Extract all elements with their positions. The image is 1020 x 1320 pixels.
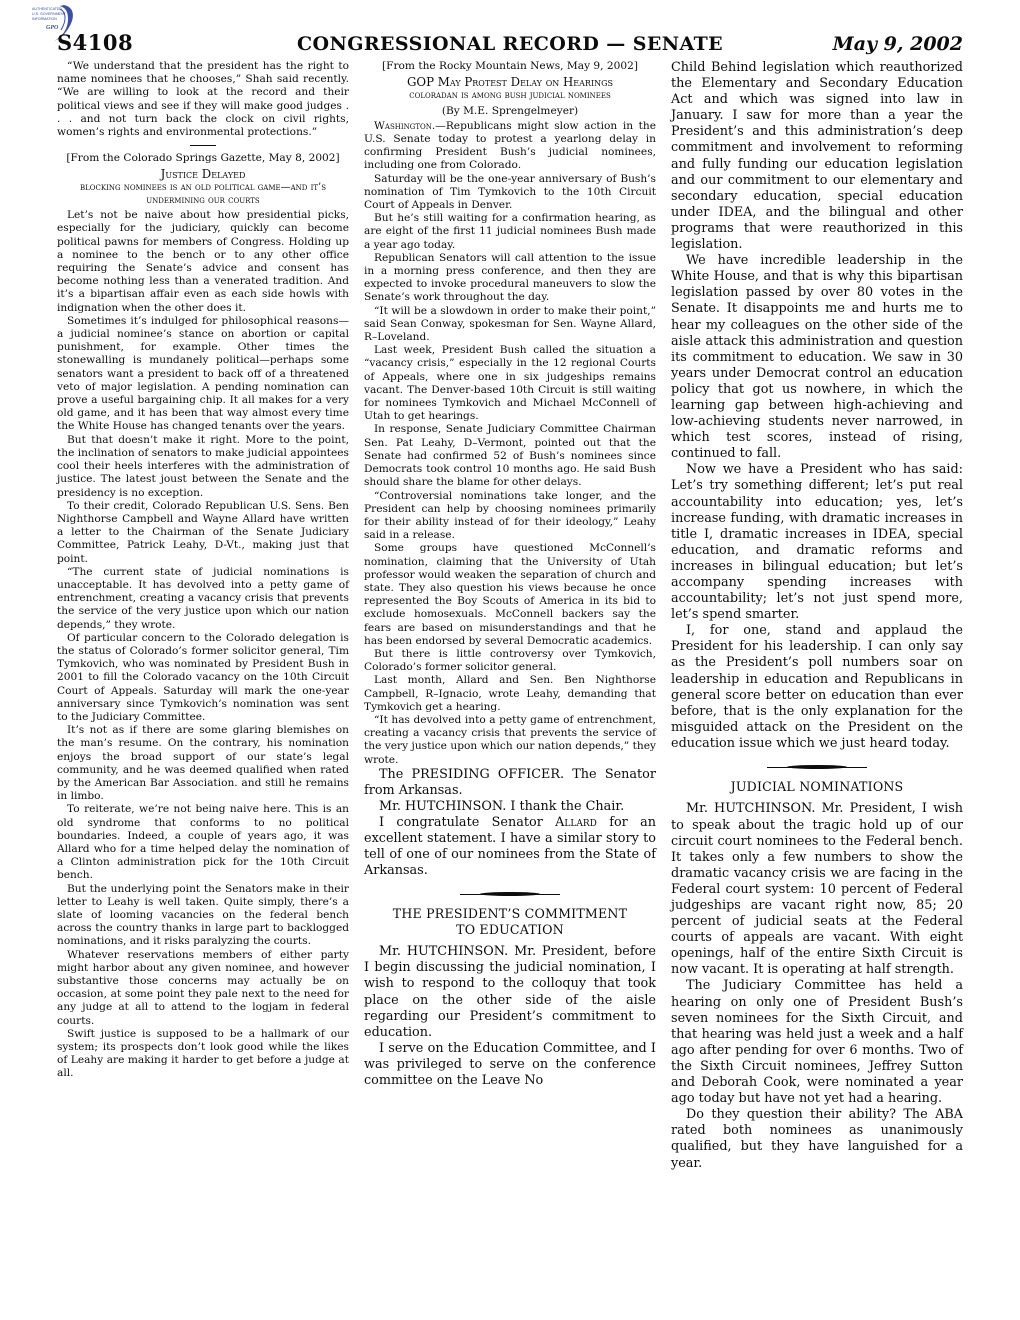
- paragraph-rule: [190, 145, 216, 146]
- svg-text:AUTHENTICATED: AUTHENTICATED: [32, 7, 62, 11]
- source-line: [From the Colorado Springs Gazette, May …: [57, 152, 349, 165]
- svg-text:INFORMATION: INFORMATION: [32, 17, 57, 21]
- column-1: “We understand that the president has th…: [57, 60, 349, 1320]
- article-subheading: coloradan is among bush judicial nominee…: [378, 90, 642, 102]
- article-paragraph: “It has devolved into a petty game of en…: [364, 714, 656, 767]
- speech-paragraph: Child Behind legislation which reauthori…: [671, 60, 963, 253]
- article-paragraph: To reiterate, we’re not being naive here…: [57, 803, 349, 882]
- article-paragraph: “It will be a slowdown in order to make …: [364, 305, 656, 345]
- speech-paragraph: I, for one, stand and applaud the Presid…: [671, 623, 963, 752]
- article-paragraph: “Controversial nominations take longer, …: [364, 490, 656, 543]
- article-paragraph: It’s not as if there are some glaring bl…: [57, 724, 349, 803]
- article-paragraph: Sometimes it’s indulged for philosophica…: [57, 315, 349, 434]
- article-paragraph: Of particular concern to the Colorado de…: [57, 632, 349, 724]
- article-paragraph: Swift justice is supposed to be a hallma…: [57, 1028, 349, 1081]
- article-paragraph: Some groups have questioned McConnell’s …: [364, 542, 656, 648]
- page-number: S4108: [57, 30, 227, 55]
- speech-paragraph: I serve on the Education Committee, and …: [364, 1041, 656, 1089]
- article-paragraph: In response, Senate Judiciary Committee …: [364, 423, 656, 489]
- svg-text:U.S. GOVERNMENT: U.S. GOVERNMENT: [32, 12, 67, 16]
- article-subheading: blocking nominees is an old political ga…: [71, 182, 335, 207]
- issue-date: May 9, 2002: [793, 33, 963, 55]
- text-columns: “We understand that the president has th…: [57, 60, 963, 1320]
- article-paragraph: But the underlying point the Senators ma…: [57, 883, 349, 949]
- speech-paragraph: I congratulate Senator Allard for an exc…: [364, 815, 656, 879]
- article-paragraph: Saturday will be the one-year anniversar…: [364, 173, 656, 213]
- column-3: Child Behind legislation which reauthori…: [671, 60, 963, 1320]
- article-paragraph: But he’s still waiting for a confirmatio…: [364, 212, 656, 252]
- column-2: [From the Rocky Mountain News, May 9, 20…: [364, 60, 656, 1320]
- section-divider: [460, 891, 560, 897]
- speech-paragraph: The PRESIDING OFFICER. The Senator from …: [364, 767, 656, 799]
- speech-paragraph: The Judiciary Committee has held a heari…: [671, 978, 963, 1107]
- section-divider: [767, 764, 867, 770]
- article-paragraph: But there is little controversy over Tym…: [364, 648, 656, 674]
- article-paragraph: To their credit, Colorado Republican U.S…: [57, 500, 349, 566]
- article-paragraph: “We understand that the president has th…: [57, 60, 349, 139]
- speech-paragraph: Mr. HUTCHINSON. I thank the Chair.: [364, 799, 656, 815]
- article-paragraph: Last week, President Bush called the sit…: [364, 344, 656, 423]
- article-paragraph: Republican Senators will call attention …: [364, 252, 656, 305]
- speech-paragraph: Now we have a President who has said: Le…: [671, 462, 963, 623]
- article-paragraph: Whatever reservations members of either …: [57, 949, 349, 1028]
- article-paragraph: But that doesn’t make it right. More to …: [57, 434, 349, 500]
- article-paragraph: Last month, Allard and Sen. Ben Nighthor…: [364, 674, 656, 714]
- congressional-record-page: AUTHENTICATED U.S. GOVERNMENT INFORMATIO…: [0, 0, 1020, 1320]
- section-heading: THE PRESIDENT’S COMMITMENT TO EDUCATION: [382, 906, 638, 937]
- article-paragraph: Washington.—Republicans might slow actio…: [364, 120, 656, 173]
- speech-paragraph: We have incredible leadership in the Whi…: [671, 253, 963, 462]
- article-heading: GOP May Protest Delay on Hearings: [364, 75, 656, 89]
- speech-paragraph: Mr. HUTCHINSON. Mr. President, before I …: [364, 944, 656, 1041]
- speech-paragraph: Mr. HUTCHINSON. Mr. President, I wish to…: [671, 801, 963, 978]
- article-paragraph: “The current state of judicial nominatio…: [57, 566, 349, 632]
- source-line: [From the Rocky Mountain News, May 9, 20…: [364, 60, 656, 73]
- speech-paragraph: Do they question their ability? The ABA …: [671, 1107, 963, 1171]
- section-heading: JUDICIAL NOMINATIONS: [689, 779, 945, 794]
- masthead: S4108 CONGRESSIONAL RECORD — SENATE May …: [57, 30, 963, 55]
- article-paragraph: Let’s not be naive about how presidentia…: [57, 209, 349, 315]
- article-heading: Justice Delayed: [57, 167, 349, 181]
- byline: (By M.E. Sprengelmeyer): [364, 105, 656, 118]
- publication-title: CONGRESSIONAL RECORD — SENATE: [227, 33, 793, 55]
